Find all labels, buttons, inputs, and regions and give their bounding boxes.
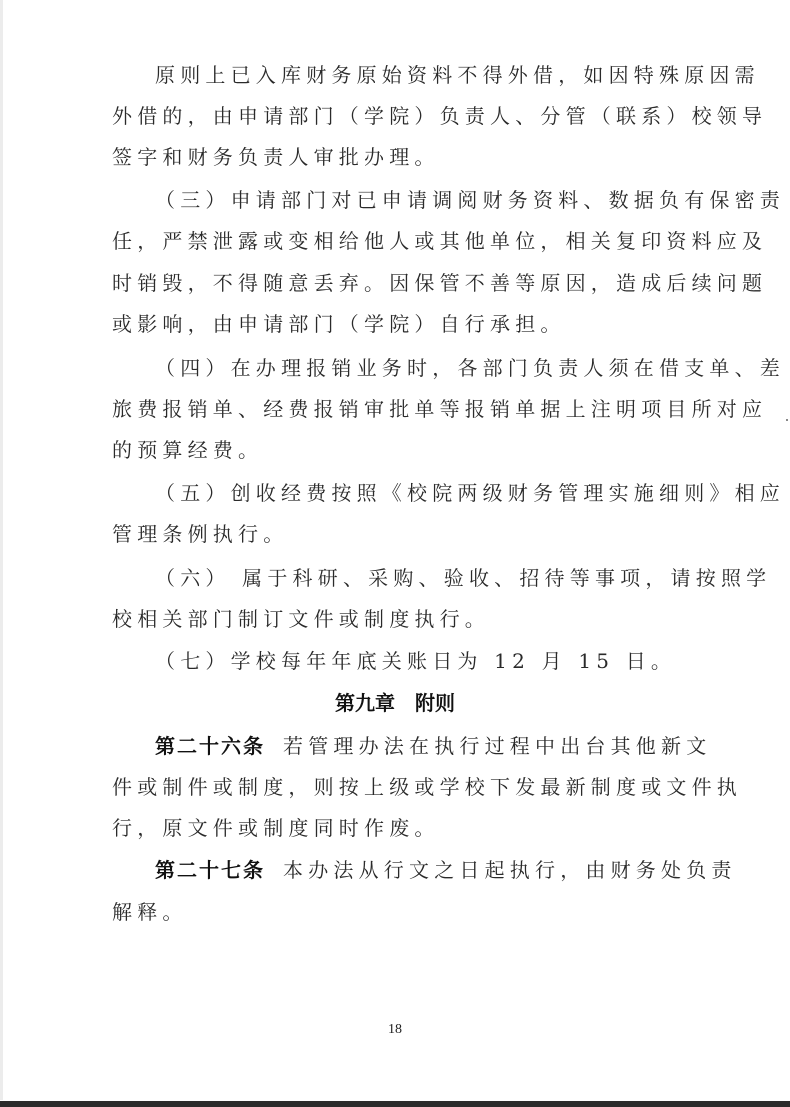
text-line: 管理条例执行。 — [112, 521, 672, 547]
document-page: 原则上已入库财务原始资料不得外借，如因特殊原因需 外借的，由申请部门（学院）负责… — [0, 0, 790, 1100]
text-line: 校相关部门制订文件或制度执行。 — [112, 606, 672, 632]
text-line: 签字和财务负责人审批办理。 — [112, 144, 672, 170]
chapter-heading: 第九章 附则 — [0, 690, 790, 716]
text-line: 任，严禁泄露或变相给他人或其他单位，相关复印资料应及 — [112, 228, 672, 254]
text-line: 时销毁，不得随意丢弃。因保管不善等原因，造成后续问题 — [112, 270, 672, 296]
page-number: 18 — [0, 1022, 790, 1038]
article-label: 第二十六条 — [155, 734, 265, 758]
text-line: 第二十六条若管理办法在执行过程中出台其他新文 — [155, 733, 675, 759]
text-line: 或影响，由申请部门（学院）自行承担。 — [112, 311, 672, 337]
article-text: 本办法从行文之日起执行，由财务处负责 — [283, 858, 737, 882]
page-edge — [0, 0, 3, 1100]
bottom-bar — [0, 1101, 790, 1107]
text-line: 外借的，由申请部门（学院）负责人、分管（联系）校领导 — [112, 103, 672, 129]
text-line: 的预算经费。 — [112, 437, 672, 463]
text-line: （四）在办理报销业务时，各部门负责人须在借支单、差 — [155, 355, 675, 381]
text-line: 解释。 — [112, 899, 672, 925]
text-line: 行，原文件或制度同时作废。 — [112, 815, 672, 841]
text-line: 件或制件或制度，则按上级或学校下发最新制度或文件执 — [112, 774, 672, 800]
text-line: 原则上已入库财务原始资料不得外借，如因特殊原因需 — [155, 62, 675, 88]
text-line: （五）创收经费按照《校院两级财务管理实施细则》相应 — [155, 480, 675, 506]
article-label: 第二十七条 — [155, 858, 265, 882]
text-line: （六） 属于科研、采购、验收、招待等事项，请按照学 — [155, 565, 675, 591]
text-line: （三）申请部门对已申请调阅财务资料、数据负有保密责 — [155, 187, 675, 213]
text-line: 旅费报销单、经费报销审批单等报销单据上注明项目所对应 — [112, 396, 672, 422]
article-text: 若管理办法在执行过程中出台其他新文 — [283, 734, 711, 758]
text-line: 第二十七条本办法从行文之日起执行，由财务处负责 — [155, 857, 675, 883]
text-line: （七）学校每年年底关账日为 12 月 15 日。 — [155, 648, 675, 674]
scan-artifact — [786, 419, 788, 421]
